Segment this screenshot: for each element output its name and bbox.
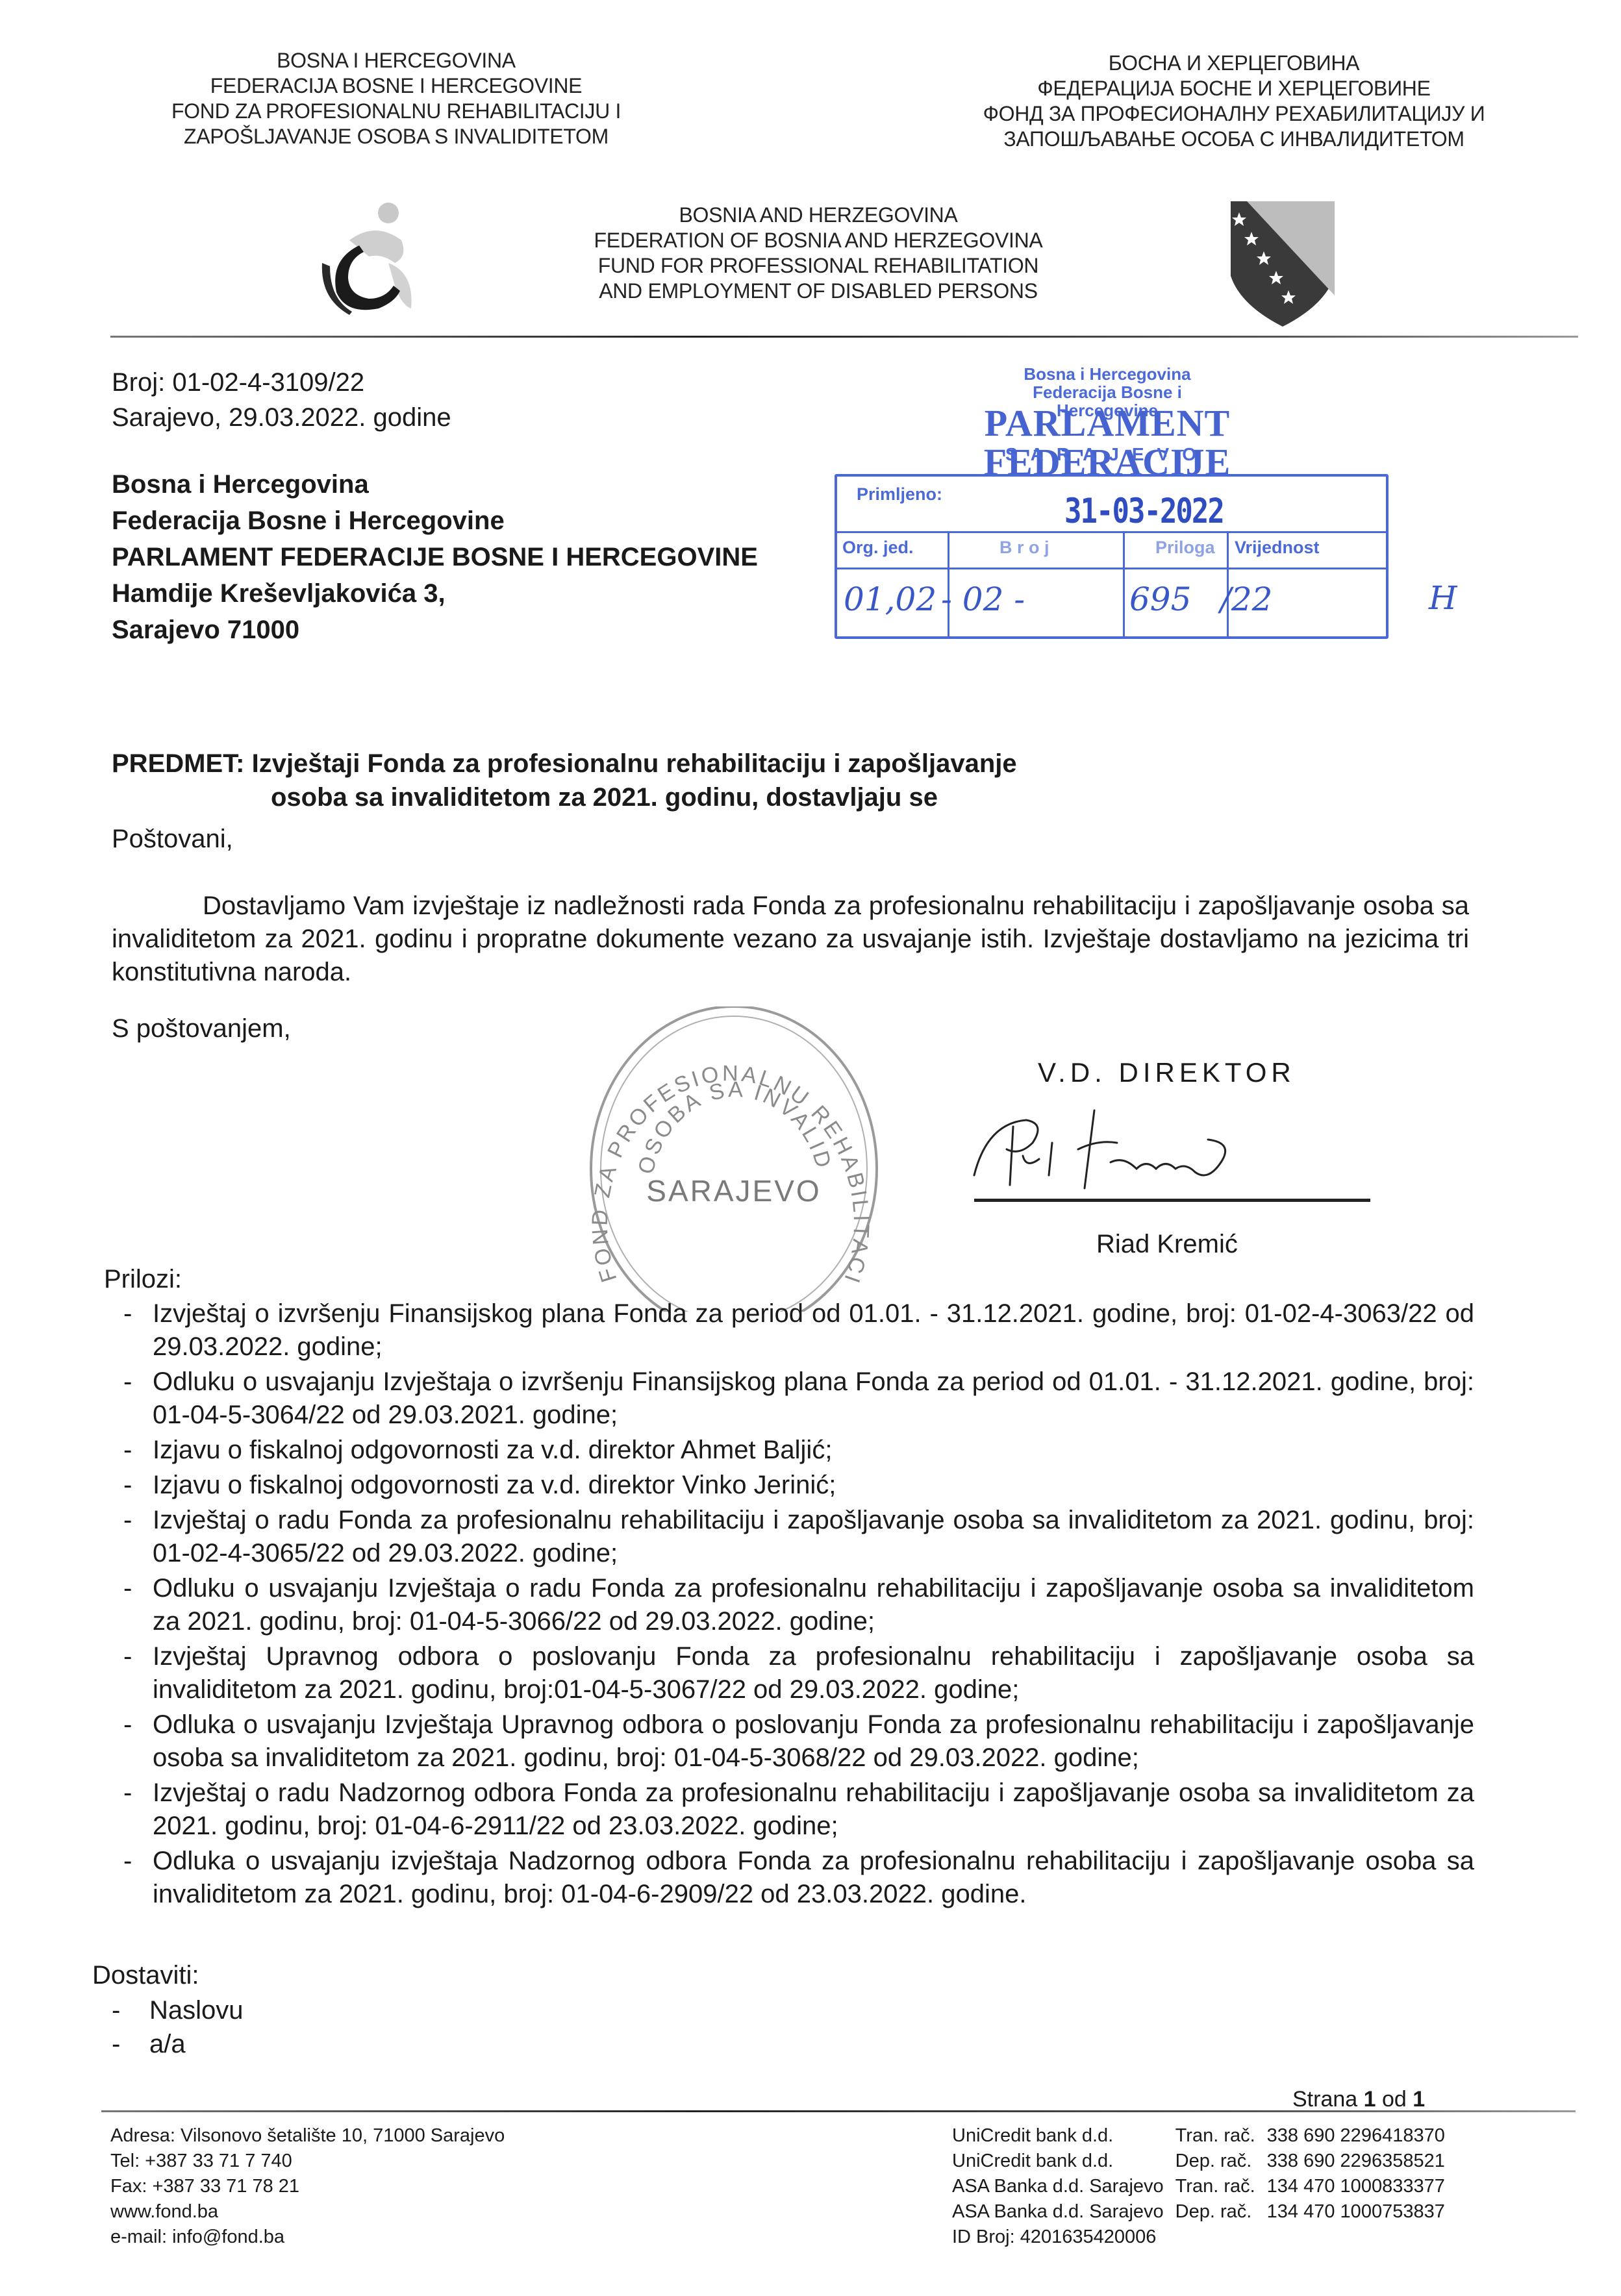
subject-line: Izvještaji Fonda za profesionalnu rehabi… bbox=[252, 749, 1017, 778]
page-indicator: Strana 1 od 1 bbox=[1292, 2087, 1425, 2112]
bank-account-row: UniCredit bank d.d. Dep. rač. 338 690 22… bbox=[952, 2149, 1457, 2174]
footer-id-number: ID Broj: 4201635420006 bbox=[952, 2225, 1457, 2250]
greeting: Poštovani, bbox=[112, 825, 233, 854]
stamp-col-broj: B r o j bbox=[999, 538, 1049, 558]
attachment-item: Izvještaj Upravnog odbora o poslovanju F… bbox=[104, 1640, 1474, 1706]
letterhead-bosnian: BOSNA I HERCEGOVINA FEDERACIJA BOSNE I H… bbox=[117, 48, 675, 149]
deliver-item: Naslovu bbox=[92, 1993, 244, 2027]
stamp-received-date: 31-03-2022 bbox=[1064, 492, 1224, 531]
letter-body: Dostavljamo Vam izvještaje iz nadležnost… bbox=[112, 890, 1469, 989]
letterhead-line: FEDERATION OF BOSNIA AND HERZEGOVINA bbox=[507, 228, 1130, 253]
bank-name: UniCredit bank d.d. bbox=[952, 2123, 1175, 2149]
stamp-col-priloga: Priloga bbox=[1155, 538, 1215, 558]
bank-account-row: ASA Banka d.d. Sarajevo Dep. rač. 134 47… bbox=[952, 2199, 1457, 2225]
attachments-list: Izvještaj o izvršenju Finansijskog plana… bbox=[104, 1297, 1474, 1913]
letterhead-line: BOSNA I HERCEGOVINA bbox=[117, 48, 675, 73]
signatory-title: V.D. DIREKTOR bbox=[1038, 1057, 1296, 1088]
account-number: 338 690 2296418370 bbox=[1267, 2123, 1457, 2149]
page-middle: od bbox=[1382, 2087, 1407, 2112]
attachment-item: Izvještaj o radu Nadzornog odbora Fonda … bbox=[104, 1777, 1474, 1843]
attachment-item: Odluku o usvajanju Izvještaja o radu Fon… bbox=[104, 1572, 1474, 1638]
stamp-col-org: Org. jed. bbox=[842, 538, 914, 558]
recipient-line: Bosna i Hercegovina bbox=[112, 466, 758, 503]
fund-logo-wheelchair-figure-icon bbox=[304, 195, 427, 318]
attachment-item: Odluku o usvajanju Izvještaja o izvršenj… bbox=[104, 1366, 1474, 1432]
footer-website: www.fond.ba bbox=[110, 2199, 505, 2225]
footer-bank-accounts: UniCredit bank d.d. Tran. rač. 338 690 2… bbox=[952, 2123, 1457, 2250]
attachment-item: Odluka o usvajanju izvještaja Nadzornog … bbox=[104, 1845, 1474, 1911]
account-number: 338 690 2296358521 bbox=[1267, 2149, 1457, 2174]
letterhead-line: FUND FOR PROFESSIONAL REHABILITATION bbox=[507, 253, 1130, 279]
footer-contact: Adresa: Vilsonovo šetalište 10, 71000 Sa… bbox=[110, 2123, 505, 2250]
account-number: 134 470 1000833377 bbox=[1267, 2174, 1457, 2199]
deliver-label: Dostaviti: bbox=[92, 1961, 199, 1990]
letterhead-cyrillic: БОСНА И ХЕРЦЕГОВИНА ФЕДЕРАЦИЈА БОСНЕ И Х… bbox=[909, 51, 1559, 152]
deliver-list: Naslovu a/a bbox=[92, 1993, 244, 2061]
bank-name: ASA Banka d.d. Sarajevo bbox=[952, 2199, 1175, 2225]
subject-line: osoba sa invaliditetom za 2021. godinu, … bbox=[112, 780, 1017, 814]
page-prefix: Strana bbox=[1292, 2087, 1357, 2112]
page-total: 1 bbox=[1413, 2087, 1425, 2112]
footer-address: Adresa: Vilsonovo šetalište 10, 71000 Sa… bbox=[110, 2123, 505, 2149]
recipient-line: Sarajevo 71000 bbox=[112, 612, 758, 648]
body-paragraph: Dostavljamo Vam izvještaje iz nadležnost… bbox=[112, 890, 1469, 989]
closing: S poštovanjem, bbox=[112, 1014, 291, 1043]
letterhead-line: ФОНД ЗА ПРОФЕСИОНАЛНУ РЕХАБИЛИТАЦИЈУ И bbox=[909, 101, 1559, 127]
subject-label: PREDMET: bbox=[112, 749, 244, 778]
attachments-label: Prilozi: bbox=[104, 1265, 182, 1294]
stamp-line: Bosna i Hercegovina bbox=[984, 365, 1231, 383]
account-type: Tran. rač. bbox=[1175, 2174, 1267, 2199]
letterhead-line: AND EMPLOYMENT OF DISABLED PERSONS bbox=[507, 279, 1130, 304]
footer-divider bbox=[101, 2110, 1576, 2112]
stamp-handwritten-mark: H bbox=[1429, 579, 1457, 617]
account-type: Dep. rač. bbox=[1175, 2199, 1267, 2225]
seal-center-text: SARAJEVO bbox=[646, 1174, 821, 1208]
deliver-item: a/a bbox=[92, 2027, 244, 2061]
recipient-line: Hamdije Kreševljakovića 3, bbox=[112, 575, 758, 612]
handwritten-signature bbox=[961, 1104, 1377, 1195]
bank-accounts-table: UniCredit bank d.d. Tran. rač. 338 690 2… bbox=[952, 2123, 1457, 2225]
letterhead-line: БОСНА И ХЕРЦЕГОВИНА bbox=[909, 51, 1559, 76]
stamp-handwritten-broj: - 02 - bbox=[941, 580, 1025, 618]
footer-email: e-mail: info@fond.ba bbox=[110, 2225, 505, 2250]
letterhead-line: BOSNIA AND HERZEGOVINA bbox=[507, 203, 1130, 228]
attachment-item: Odluka o usvajanju Izvještaja Upravnog o… bbox=[104, 1708, 1474, 1775]
bih-coat-of-arms-icon bbox=[1227, 198, 1338, 328]
recipient-line: PARLAMENT FEDERACIJE BOSNE I HERCEGOVINE bbox=[112, 539, 758, 575]
stamp-col-vrijednost: Vrijednost bbox=[1235, 538, 1320, 558]
account-type: Tran. rač. bbox=[1175, 2123, 1267, 2149]
recipient-line: Federacija Bosne i Hercegovine bbox=[112, 503, 758, 539]
stamp-register-box: Primljeno: 31-03-2022 Org. jed. B r o j … bbox=[835, 474, 1389, 639]
stamp-city: SARAJEVO bbox=[964, 444, 1250, 465]
stamp-handwritten-number: 695 bbox=[1129, 580, 1191, 618]
account-type: Dep. rač. bbox=[1175, 2149, 1267, 2174]
bank-name: UniCredit bank d.d. bbox=[952, 2149, 1175, 2174]
recipient-address: Bosna i Hercegovina Federacija Bosne i H… bbox=[112, 466, 758, 648]
letterhead-line: FEDERACIJA BOSNE I HERCEGOVINE bbox=[117, 73, 675, 99]
letterhead-line: ЗАПОШЉАВАЊЕ ОСОБА С ИНВАЛИДИТЕТОМ bbox=[909, 127, 1559, 152]
document-number: Broj: 01-02-4-3109/22 bbox=[112, 365, 451, 400]
letterhead-english: BOSNIA AND HERZEGOVINA FEDERATION OF BOS… bbox=[507, 203, 1130, 304]
letterhead-line: ZAPOŠLJAVANJE OSOBA S INVALIDITETOM bbox=[117, 124, 675, 149]
attachment-item: Izjavu o fiskalnoj odgovornosti za v.d. … bbox=[104, 1434, 1474, 1467]
received-stamp: Bosna i Hercegovina Federacija Bosne i H… bbox=[835, 365, 1406, 638]
stamp-divider bbox=[1123, 531, 1125, 636]
official-round-seal: FOND ZA PROFESIONALNU REHABILITACIJU I Z… bbox=[539, 1006, 935, 1312]
header-divider bbox=[110, 336, 1578, 338]
stamp-handwritten-org: 01,02 bbox=[844, 580, 936, 618]
letterhead-line: ФЕДЕРАЦИЈА БОСНЕ И ХЕРЦЕГОВИНЕ bbox=[909, 76, 1559, 101]
signature-line bbox=[974, 1199, 1370, 1202]
stamp-received-label: Primljeno: bbox=[857, 484, 942, 505]
document-meta: Broj: 01-02-4-3109/22 Sarajevo, 29.03.20… bbox=[112, 365, 451, 435]
subject: PREDMET: Izvještaji Fonda za profesional… bbox=[112, 747, 1017, 814]
letterhead-line: FOND ZA PROFESIONALNU REHABILITACIJU I bbox=[117, 99, 675, 124]
footer-fax: Fax: +387 33 71 78 21 bbox=[110, 2174, 505, 2199]
signatory-name: Riad Kremić bbox=[1096, 1230, 1238, 1259]
stamp-title: PARLAMENT FEDERACIJE bbox=[912, 404, 1302, 482]
account-number: 134 470 1000753837 bbox=[1267, 2199, 1457, 2225]
document-place-date: Sarajevo, 29.03.2022. godine bbox=[112, 400, 451, 435]
bank-name: ASA Banka d.d. Sarajevo bbox=[952, 2174, 1175, 2199]
stamp-handwritten-year: /22 bbox=[1220, 580, 1272, 618]
attachment-item: Izvještaj o izvršenju Finansijskog plana… bbox=[104, 1297, 1474, 1364]
footer-phone: Tel: +387 33 71 7 740 bbox=[110, 2149, 505, 2174]
attachment-item: Izjavu o fiskalnoj odgovornosti za v.d. … bbox=[104, 1469, 1474, 1502]
bank-account-row: ASA Banka d.d. Sarajevo Tran. rač. 134 4… bbox=[952, 2174, 1457, 2199]
page-current: 1 bbox=[1364, 2087, 1376, 2112]
attachment-item: Izvještaj o radu Fonda za profesionalnu … bbox=[104, 1504, 1474, 1570]
bank-account-row: UniCredit bank d.d. Tran. rač. 338 690 2… bbox=[952, 2123, 1457, 2149]
